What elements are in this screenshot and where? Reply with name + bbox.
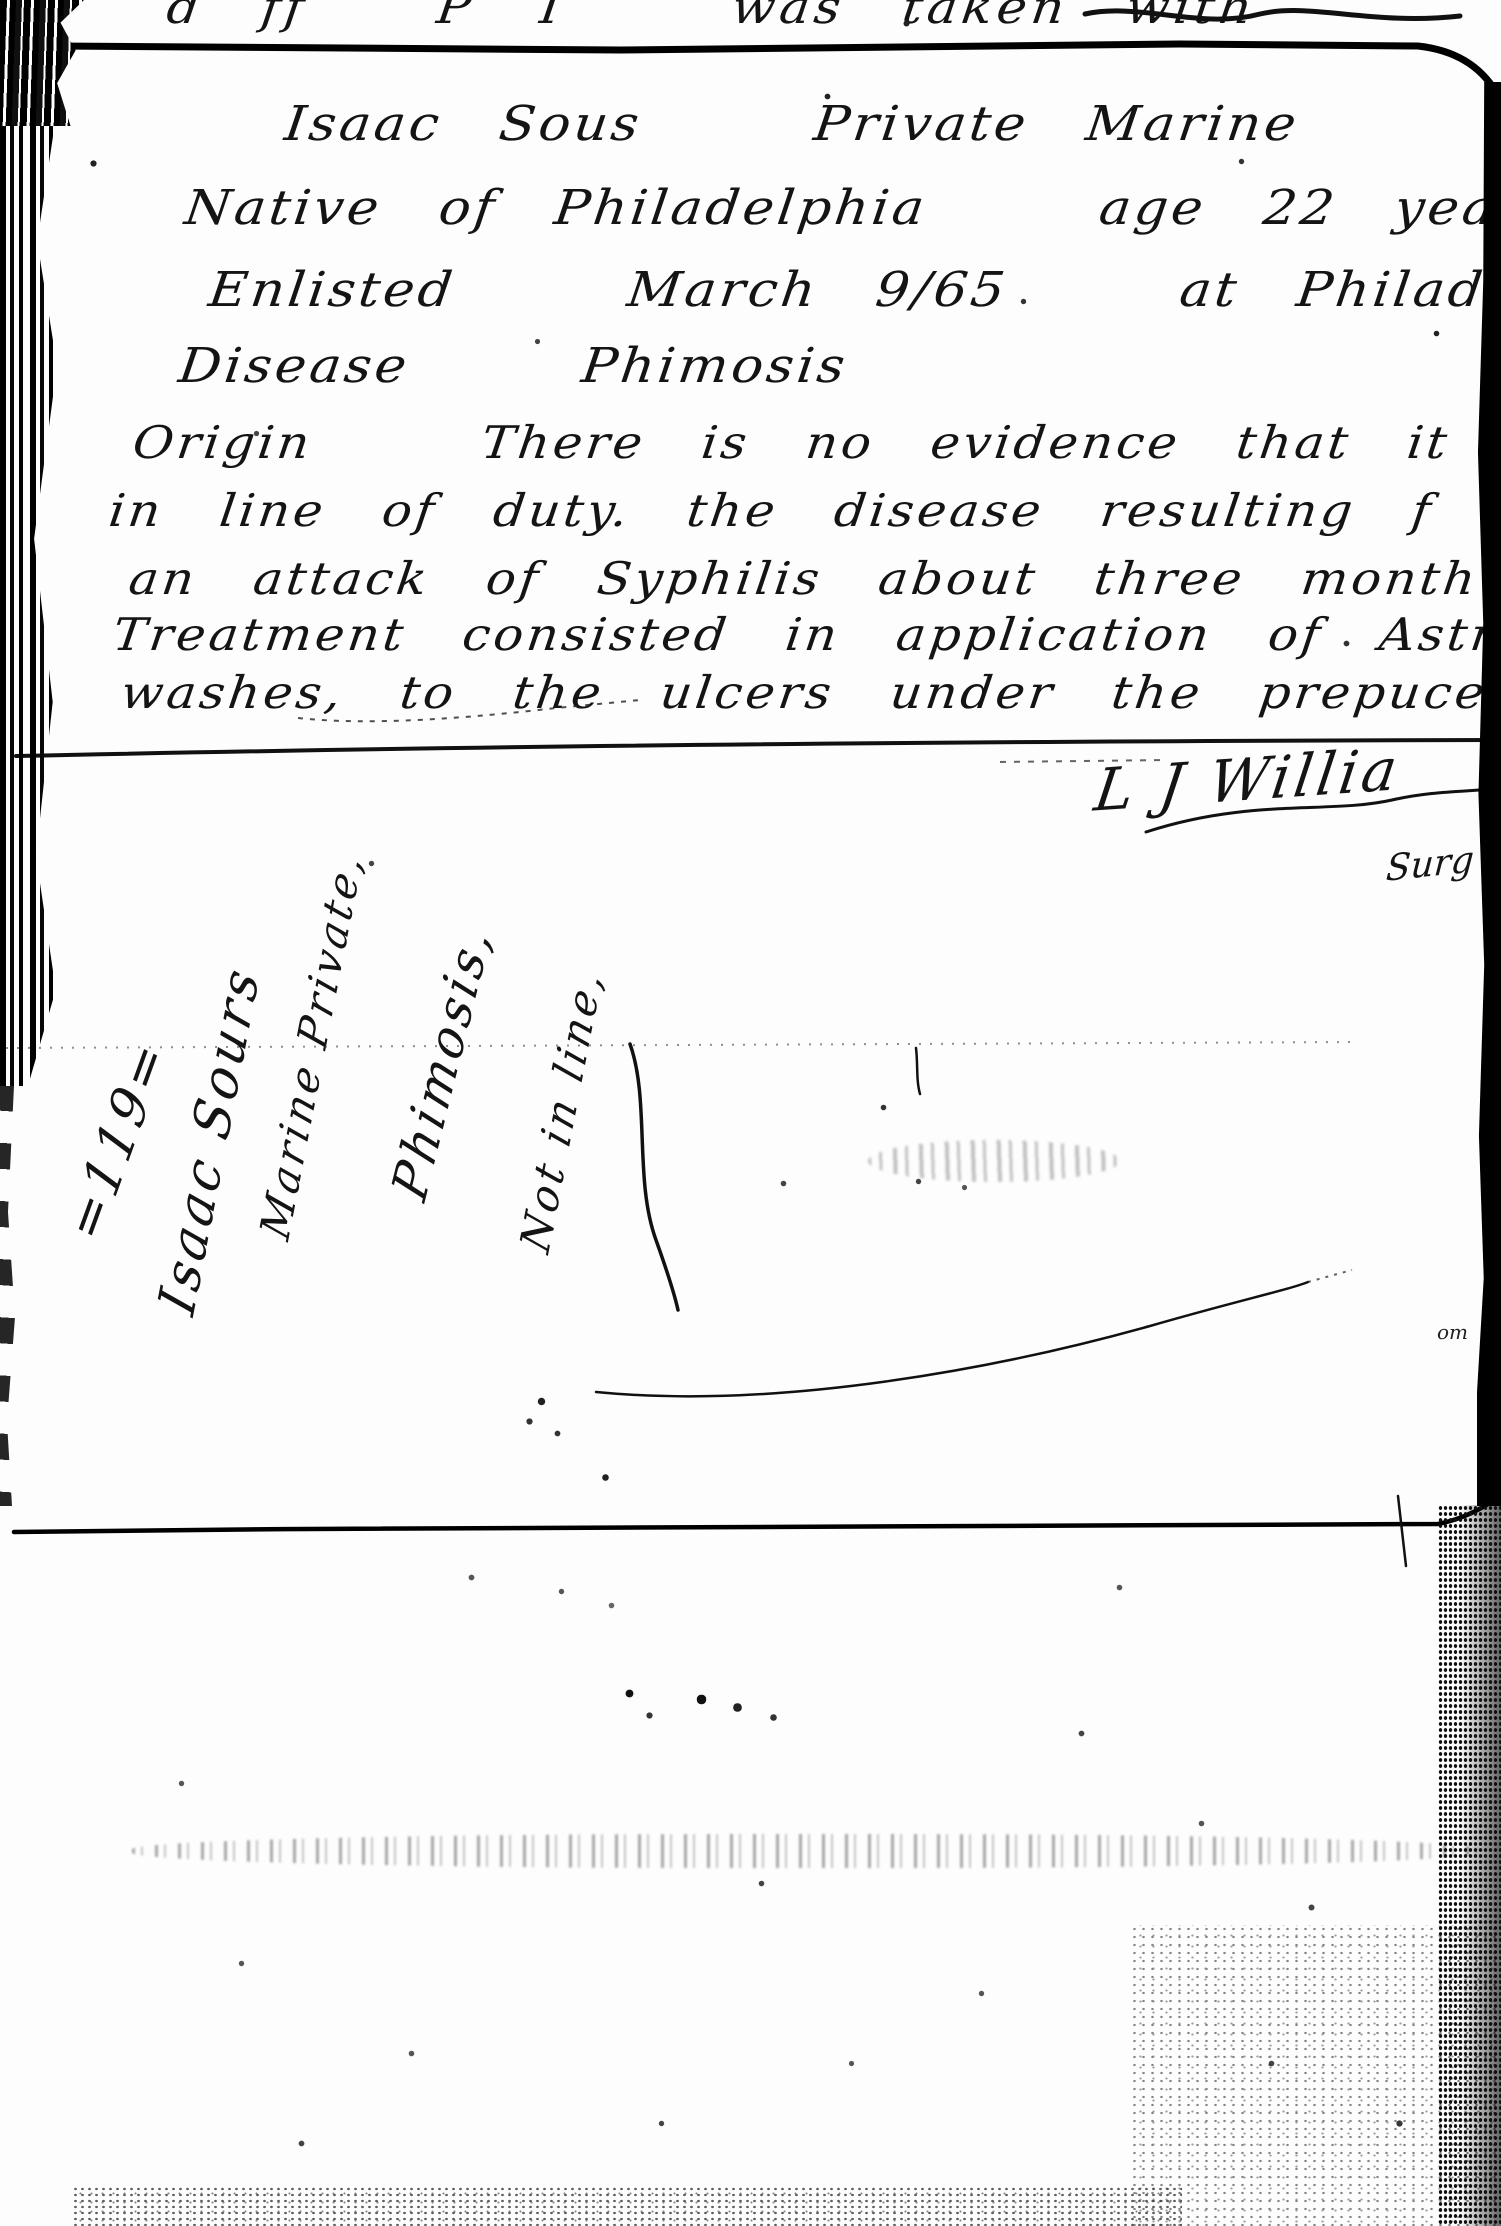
signature-leadin-dashes [1000,760,1168,762]
faint-dotted-rule [6,1042,1356,1048]
page-scan: d ff P T was taken with Isaac Sous Priva… [0,0,1501,2226]
bleedthrough-smudge [868,1140,1120,1182]
page-edge-right-speckle [1438,1505,1501,2226]
fold-line-lower [14,1500,1494,1532]
docket-bracket-curve [630,1044,678,1310]
fold-line-tick [1398,1496,1406,1566]
stray-flourish-curve [596,1282,1308,1396]
stray-flourish-dotted-tail [1308,1270,1352,1282]
signature-flourish [1146,788,1500,832]
bleedthrough-text-band [132,1834,1480,1868]
fold-line-upper [16,740,1500,756]
line-art-overlay [0,0,1501,2226]
small-vertical-stroke [916,1048,920,1094]
bottom-edge-speckle [72,2186,1182,2226]
underline-dashes-prepuce [298,700,640,721]
top-fragment-squiggle [1085,11,1460,20]
top-page-edge-rule [58,44,1496,92]
